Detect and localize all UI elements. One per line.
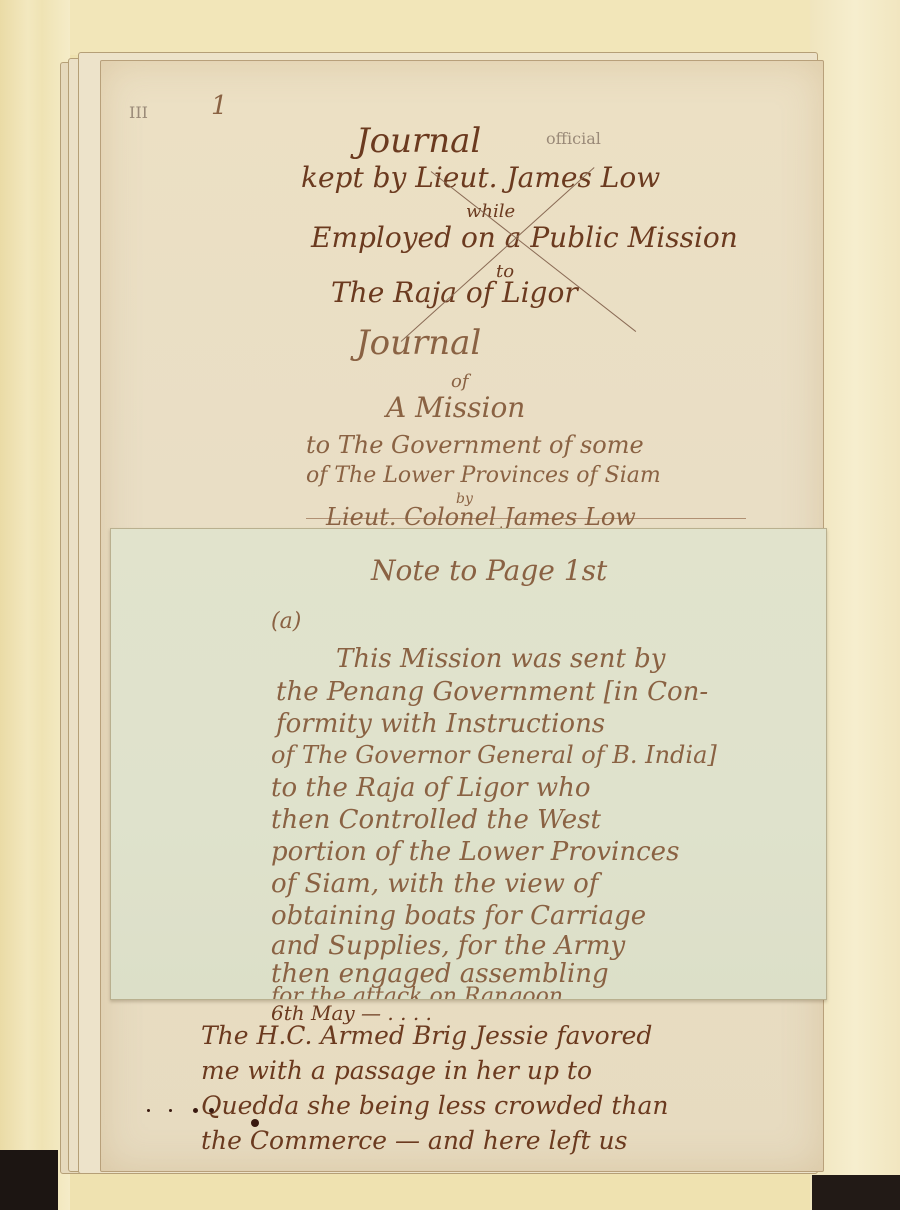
page-marker: III — [129, 103, 148, 122]
note-line: portion of the Lower Provinces — [271, 837, 679, 867]
dark-base — [812, 1175, 900, 1210]
title-kept-by: kept by Lieut. James Low — [301, 161, 660, 194]
pasted-note: Note to Page 1st (a) This Mission was se… — [110, 528, 827, 1000]
entry-line: Quedda she being less crowded than — [201, 1091, 668, 1120]
dark-base — [0, 1150, 58, 1210]
revised-title-author: Lieut. Colonel James Low — [326, 503, 636, 531]
revised-title-a-mission: A Mission — [386, 391, 525, 424]
worm-hole — [169, 1109, 172, 1112]
worm-hole — [193, 1108, 198, 1113]
entry-line: me with a passage in her up to — [201, 1056, 592, 1085]
note-line: then Controlled the West — [271, 805, 601, 835]
revised-title-of: of — [451, 371, 469, 392]
entry-line: the Commerce — and here left us — [201, 1126, 627, 1155]
note-line: formity with Instructions — [276, 709, 605, 739]
note-line: obtaining boats for Carriage — [271, 901, 646, 931]
note-line: the Penang Government [in Con- — [276, 677, 708, 707]
backdrop — [0, 0, 900, 55]
title-rule — [306, 518, 746, 519]
worm-hole — [147, 1109, 150, 1112]
note-line: of The Governor General of B. India] — [271, 741, 717, 769]
title-employed: Employed on a Public Mission — [311, 221, 738, 254]
title-journal: Journal — [356, 121, 481, 161]
note-line: This Mission was sent by — [336, 644, 666, 674]
worm-hole — [251, 1119, 259, 1127]
revised-title-journal: Journal — [356, 323, 481, 363]
folio-mark: 1 — [211, 91, 228, 121]
note-marker: (a) — [271, 609, 301, 634]
worm-hole — [209, 1108, 214, 1113]
note-line: of Siam, with the view of — [271, 869, 598, 899]
pencil-note: official — [546, 129, 601, 148]
revised-title-provinces: of The Lower Provinces of Siam — [306, 463, 661, 488]
note-line: and Supplies, for the Army — [271, 931, 625, 961]
revised-title-government: to The Government of some — [306, 431, 644, 459]
note-line: to the Raja of Ligor who — [271, 773, 590, 803]
note-heading: Note to Page 1st — [371, 554, 607, 587]
entry-line: The H.C. Armed Brig Jessie favored — [201, 1021, 652, 1050]
